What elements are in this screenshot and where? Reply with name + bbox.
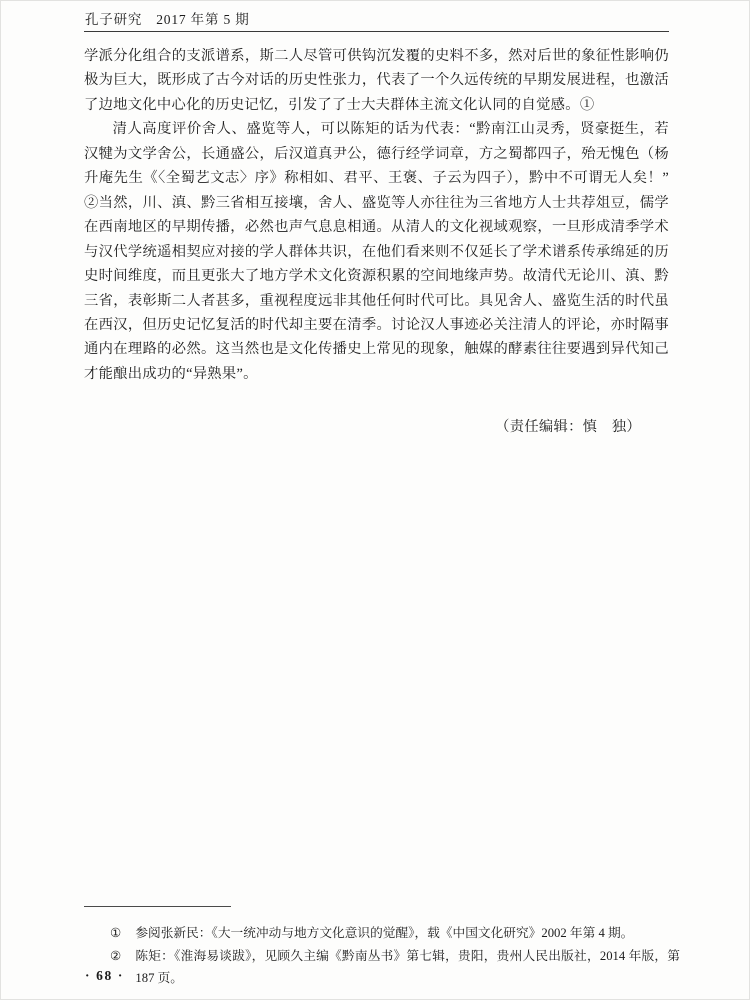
footnote-1: ① 参阅张新民：《大一统冲动与地方文化意识的觉醒》，载《中国文化研究》2002 … — [84, 922, 680, 945]
footnotes-block: ① 参阅张新民：《大一统冲动与地方文化意识的觉醒》，载《中国文化研究》2002 … — [84, 922, 680, 990]
header-rule — [84, 31, 669, 32]
running-head: 孔子研究2017 年第 5 期 — [85, 8, 250, 28]
footnote-2-marker: ② — [84, 945, 135, 968]
issue-label: 2017 年第 5 期 — [156, 12, 249, 27]
journal-title: 孔子研究 — [85, 12, 142, 27]
footnote-separator-rule — [84, 906, 231, 907]
footnote-1-marker: ① — [84, 922, 135, 945]
editor-note: （责任编辑：慎 独） — [84, 415, 669, 439]
journal-page: 孔子研究2017 年第 5 期 学派分化组合的支派谱系，斯二人尽管可供钩沉发覆的… — [0, 0, 750, 1000]
footnote-1-text: 参阅张新民：《大一统冲动与地方文化意识的觉醒》，载《中国文化研究》2002 年第… — [135, 922, 680, 945]
footnote-2-text: 陈矩：《淮海易谈跋》，见顾久主编《黔南丛书》第七辑，贵阳，贵州人民出版社，201… — [135, 945, 680, 990]
paragraph-continuation: 学派分化组合的支派谱系，斯二人尽管可供钩沉发覆的史料不多，然对后世的象征性影响仍… — [84, 44, 669, 117]
page-number: · 68 · — [85, 968, 124, 984]
paragraph-main: 清人高度评价舍人、盛览等人，可以陈矩的话为代表：“黔南江山灵秀，贤豪挺生，若汉犍… — [84, 117, 669, 386]
footnote-2: ② 陈矩：《淮海易谈跋》，见顾久主编《黔南丛书》第七辑，贵阳，贵州人民出版社，2… — [84, 945, 680, 990]
body-text-column: 学派分化组合的支派谱系，斯二人尽管可供钩沉发覆的史料不多，然对后世的象征性影响仍… — [84, 44, 669, 440]
